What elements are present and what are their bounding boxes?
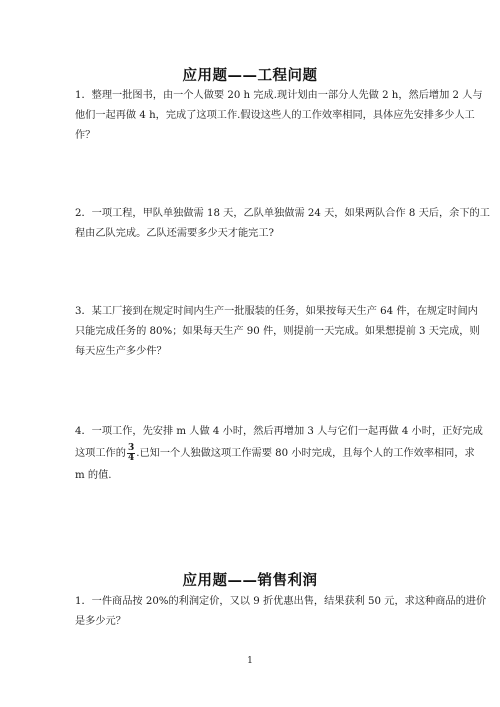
problem-line: 3．某工厂接到在规定时间内生产一批服装的任务，如果按每天生产 64 件，在规定时… (75, 302, 430, 322)
problem-engineering-1: 1．整理一批图书，由一个人做要 20 h 完成.现计划由一部分人先做 2 h，然… (75, 86, 430, 146)
problem-line: 1．一件商品按 20%的利润定价，又以 9 折优惠出售，结果获利 50 元，求这… (75, 592, 430, 612)
problem-line: 是多少元？ (75, 612, 430, 632)
problem-engineering-2: 2．一项工程，甲队单独做需 18 天，乙队单独做需 24 天，如果两队合作 8 … (75, 204, 430, 244)
problem-text: .已知一个人独做这项工作需要 80 小时完成，且每个人的工作效率相同，求 (136, 448, 475, 459)
problem-line: m 的值. (75, 466, 430, 486)
problem-line: 程由乙队完成。乙队还需要多少天才能完工? (75, 224, 430, 244)
page-number: 1 (0, 656, 500, 666)
fraction-three-quarters: 34 (127, 444, 135, 463)
problem-line: 2．一项工程，甲队单独做需 18 天，乙队单独做需 24 天，如果两队合作 8 … (75, 204, 430, 224)
problem-engineering-3: 3．某工厂接到在规定时间内生产一批服装的任务，如果按每天生产 64 件，在规定时… (75, 302, 430, 362)
problem-line: 他们一起再做 4 h，完成了这项工作.假设这些人的工作效率相同，具体应先安排多少… (75, 106, 430, 126)
section-title-sales-profit: 应用题——销售利润 (0, 569, 500, 590)
document-page: 应用题——工程问题 1．整理一批图书，由一个人做要 20 h 完成.现计划由一部… (0, 0, 500, 707)
section-title-engineering: 应用题——工程问题 (0, 64, 500, 85)
problem-line: 4．一项工作，先安排 m 人做 4 小时，然后再增加 3 人与它们一起再做 4 … (75, 422, 430, 442)
problem-line: 只能完成任务的 80%；如果每天生产 90 件，则提前一天完成。如果想提前 3 … (75, 322, 430, 342)
problem-text: 这项工作的 (75, 448, 126, 459)
fraction-numerator: 3 (127, 444, 135, 454)
fraction-denominator: 4 (127, 454, 135, 463)
problem-sales-1: 1．一件商品按 20%的利润定价，又以 9 折优惠出售，结果获利 50 元，求这… (75, 592, 430, 632)
problem-line: 每天应生产多少件？ (75, 342, 430, 362)
problem-line-with-fraction: 这项工作的34.已知一个人独做这项工作需要 80 小时完成，且每个人的工作效率相… (75, 442, 430, 466)
problem-line: 1．整理一批图书，由一个人做要 20 h 完成.现计划由一部分人先做 2 h，然… (75, 86, 430, 106)
problem-engineering-4: 4．一项工作，先安排 m 人做 4 小时，然后再增加 3 人与它们一起再做 4 … (75, 422, 430, 486)
problem-line: 作？ (75, 126, 430, 146)
